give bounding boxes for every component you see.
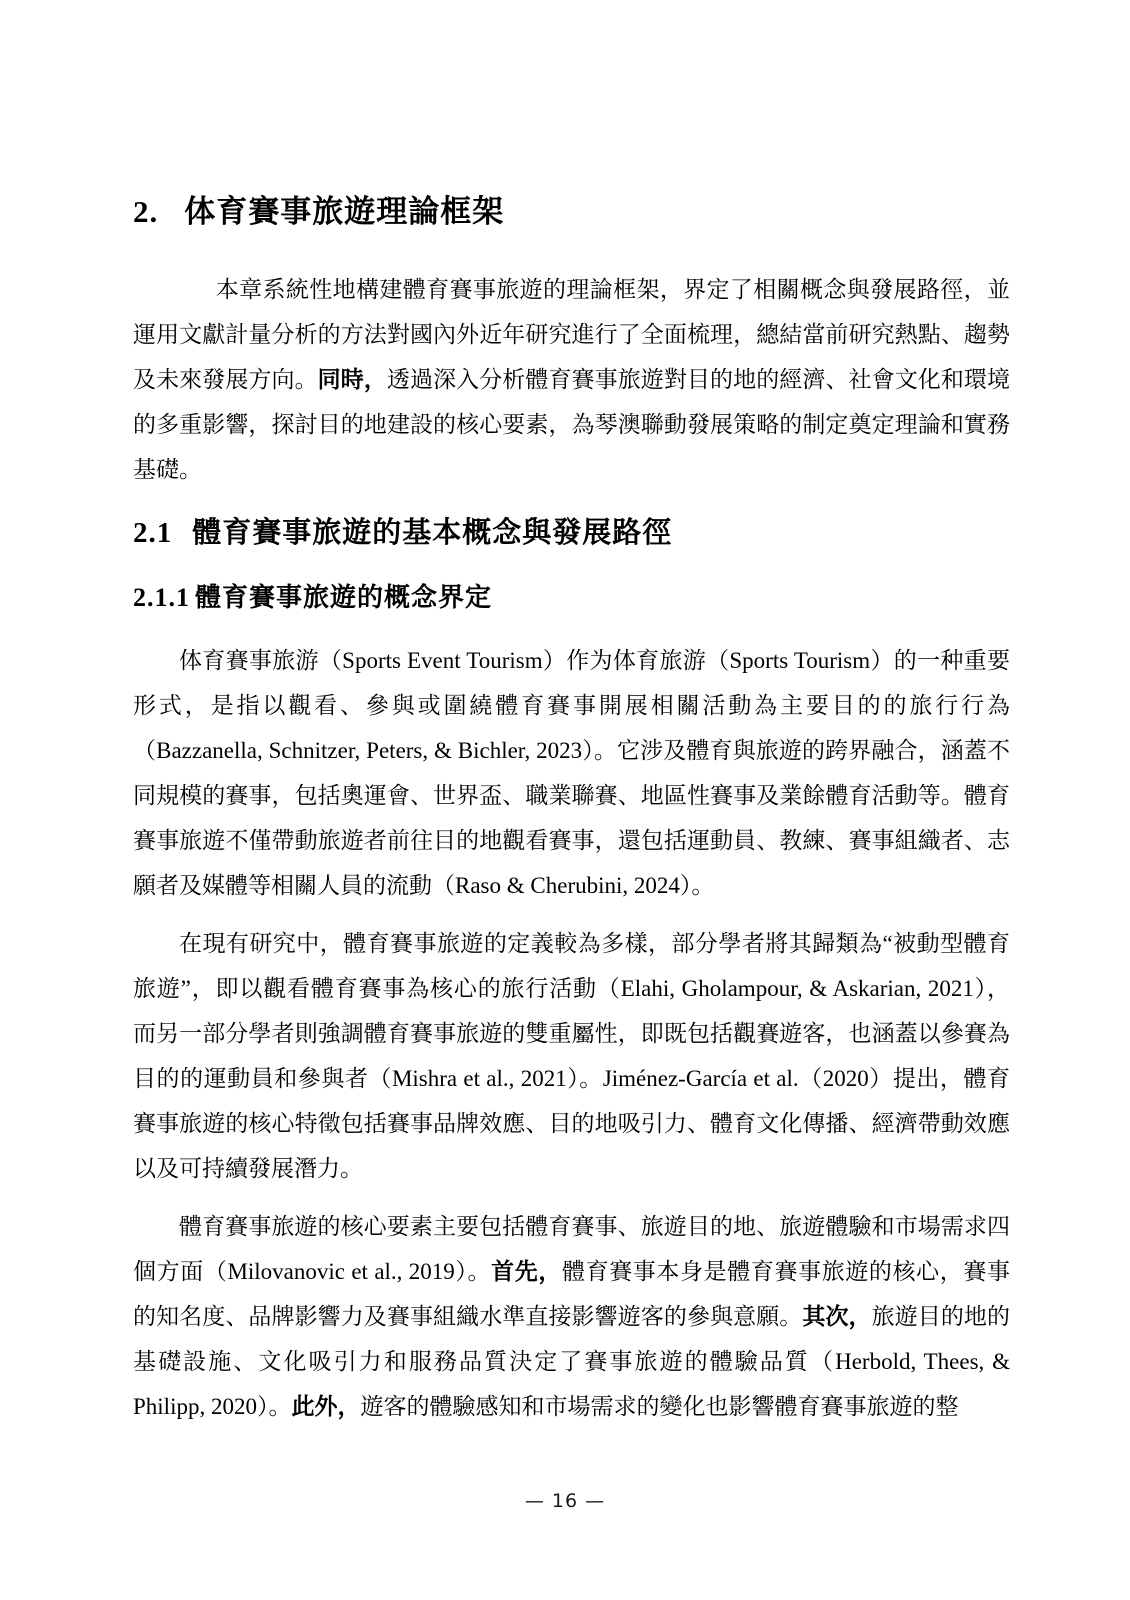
section-number: 2.1 [133, 517, 172, 549]
subsection-heading: 2.1.1體育賽事旅遊的概念界定 [133, 577, 1010, 614]
paragraph-existing-research: 在現有研究中，體育賽事旅遊的定義較為多樣，部分學者將其歸類為“被動型體育旅遊”，… [133, 921, 1010, 1191]
subsection-number: 2.1.1 [133, 583, 190, 612]
chapter-title: 体育賽事旅遊理論框架 [184, 194, 504, 229]
chapter-number: 2. [133, 194, 158, 229]
section-title: 體育賽事旅遊的基本概念與發展路徑 [192, 517, 672, 549]
paragraph-concept-definition: 体育賽事旅游（Sports Event Tourism）作为体育旅游（Sport… [133, 638, 1010, 908]
page-number: — 16 — [0, 1490, 1130, 1512]
chapter-heading: 2.体育賽事旅遊理論框架 [133, 186, 1010, 231]
paragraph-chapter-intro: 本章系統性地構建體育賽事旅遊的理論框架，界定了相關概念與發展路徑，並運用文獻計量… [133, 267, 1010, 492]
section-heading: 2.1體育賽事旅遊的基本概念與發展路徑 [133, 510, 1010, 551]
subsection-title: 體育賽事旅遊的概念界定 [195, 583, 492, 612]
document-page: 2.体育賽事旅遊理論框架 本章系統性地構建體育賽事旅遊的理論框架，界定了相關概念… [0, 0, 1130, 1600]
paragraph-core-elements: 體育賽事旅遊的核心要素主要包括體育賽事、旅遊目的地、旅遊體驗和市場需求四個方面（… [133, 1204, 1010, 1429]
